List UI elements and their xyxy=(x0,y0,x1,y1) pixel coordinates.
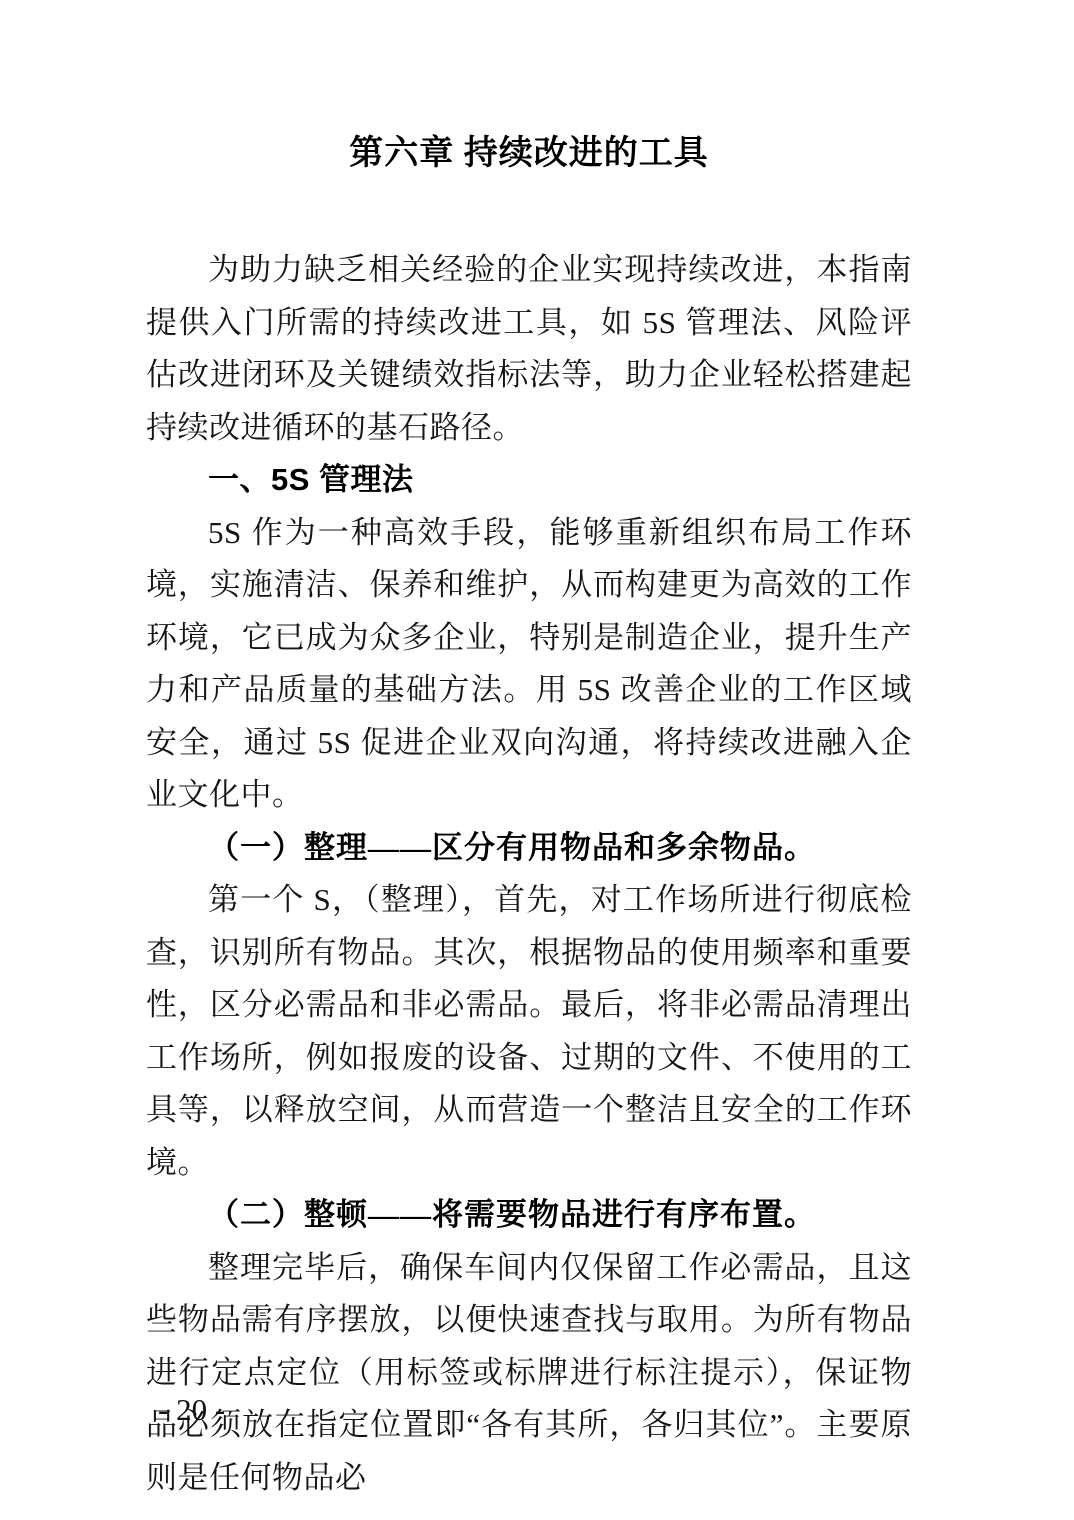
section-heading-seiton: （二）整顿——将需要物品进行有序布置。 xyxy=(146,1189,912,1242)
section-seiri-paragraph: 第一个 S，（整理），首先，对工作场所进行彻底检查，识别所有物品。其次，根据物品… xyxy=(146,874,912,1189)
chapter-title: 第六章 持续改进的工具 xyxy=(146,128,912,180)
page-number: - 20 - xyxy=(158,1384,225,1436)
section-5s-paragraph: 5S 作为一种高效手段，能够重新组织布局工作环境，实施清洁、保养和维护，从而构建… xyxy=(146,507,912,822)
section-seiton-paragraph: 整理完毕后，确保车间内仅保留工作必需品，且这些物品需有序摆放，以便快速查找与取用… xyxy=(146,1242,912,1505)
section-heading-seiri: （一）整理——区分有用物品和多余物品。 xyxy=(146,822,912,875)
section-heading-5s: 一、5S 管理法 xyxy=(146,454,912,507)
document-page: 第六章 持续改进的工具 为助力缺乏相关经验的企业实现持续改进，本指南提供入门所需… xyxy=(0,0,1074,1520)
intro-paragraph: 为助力缺乏相关经验的企业实现持续改进，本指南提供入门所需的持续改进工具，如 5S… xyxy=(146,244,912,454)
